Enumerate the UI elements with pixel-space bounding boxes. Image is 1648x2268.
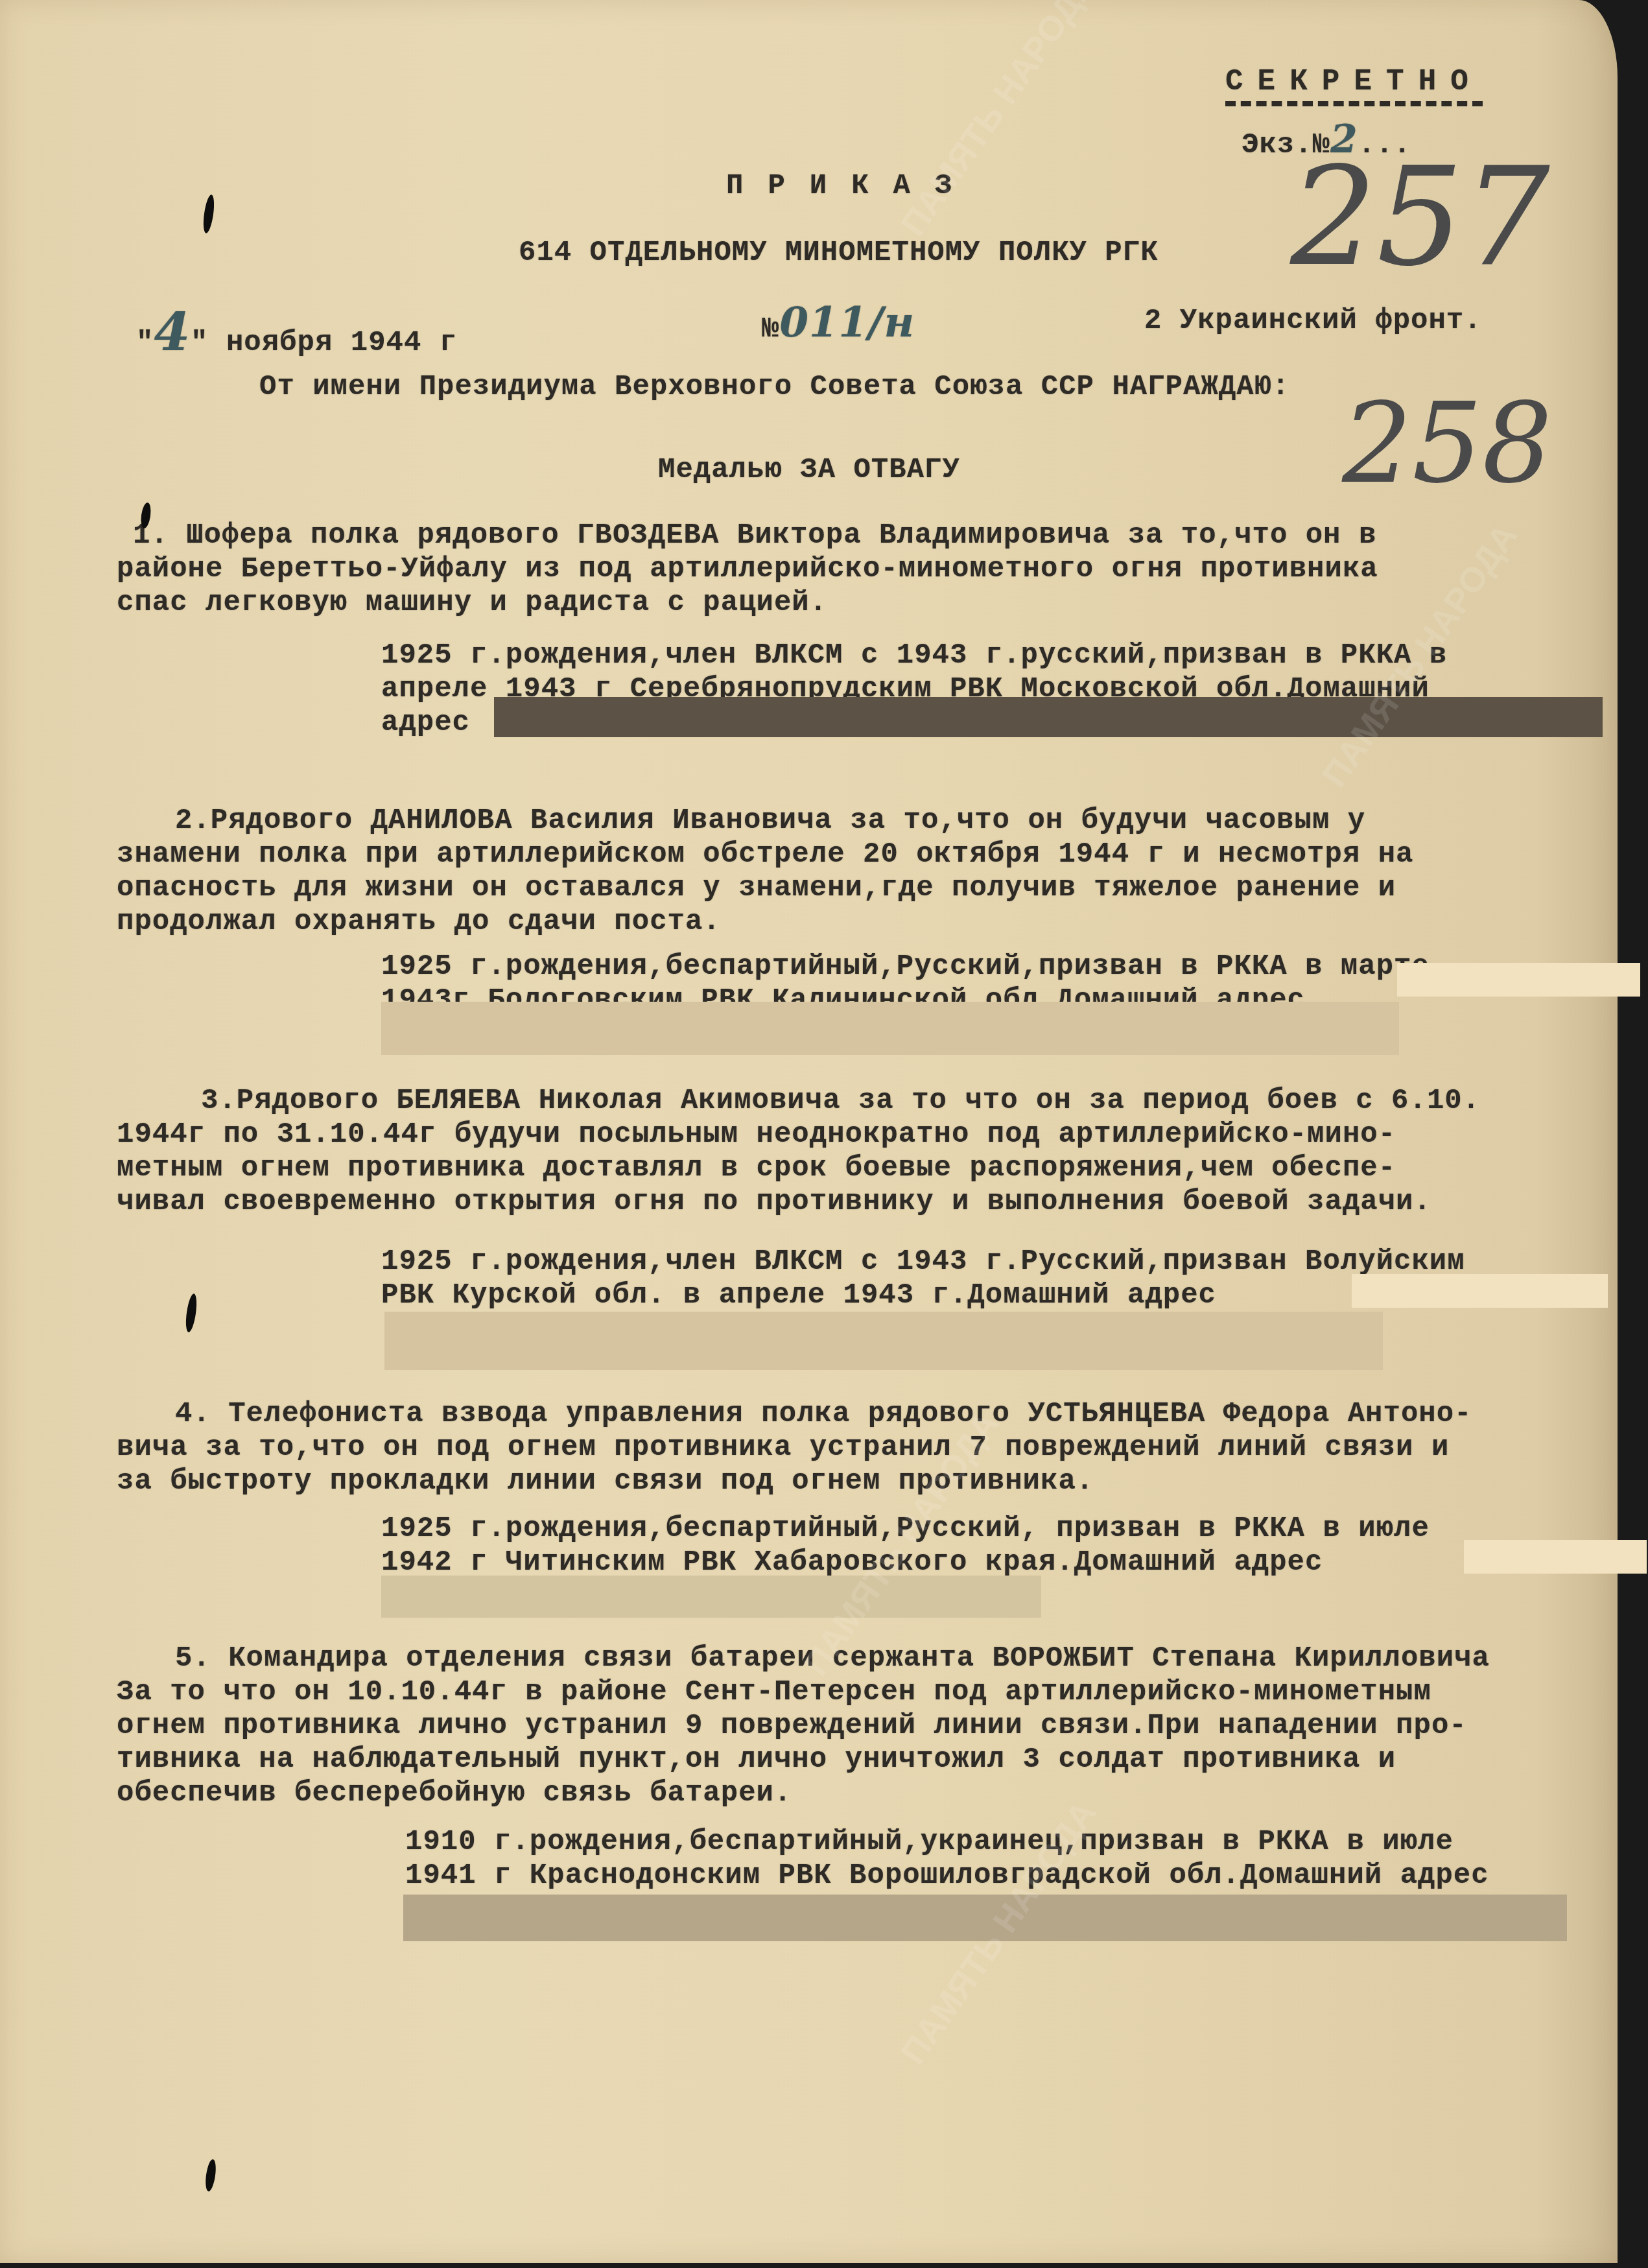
entry-bio-line: 1925 г.рождения,член ВЛКСМ с 1943 г.русс… [381,639,1447,672]
award-title: Медалью ЗА ОТВАГУ [658,454,960,486]
entry-text-line: метным огнем противника доставлял в срок… [117,1152,1396,1185]
redaction-box [381,1576,1041,1618]
punch-hole [184,1293,198,1332]
redaction-box [381,1002,1399,1055]
punch-hole [202,194,216,233]
entry-bio-line: адрес [381,706,470,740]
entry-bio-line: РВК Курской обл. в апреле 1943 г.Домашни… [381,1279,1216,1312]
entry-text-line: спас легковую машину и радиста с рацией. [117,586,827,620]
entry-text-line: опасность для жизни он оставался у знаме… [117,871,1396,905]
entry-text-line: 4. Телефониста взвода управления полка р… [175,1397,1472,1431]
order-date-day: 4 [154,301,191,362]
entry-bio-line: 1942 г Читинским РВК Хабаровского края.Д… [381,1546,1323,1579]
order-date: "4" ноября 1944 г [136,301,457,362]
entry-text-line: 3.Рядового БЕЛЯЕВА Николая Акимовича за … [201,1084,1480,1118]
entry-text-line: районе Береттьо-Уйфалу из под артиллерий… [117,552,1378,586]
entry-text-line: обеспечив бесперебойную связь батареи. [117,1777,792,1810]
redaction-box [1397,963,1640,997]
entry-bio-line: 1925 г.рождения,беспартийный,Русский,при… [381,950,1430,984]
handwritten-number-258: 258 [1342,389,1552,499]
entry-bio-line: 1910 г.рождения,беспартийный,украинец,пр… [405,1825,1454,1859]
entry-text-line: огнем противника лично устранил 9 повреж… [117,1709,1467,1743]
entry-text-line: 1. Шофера полка рядового ГВОЗДЕВА Виктор… [133,519,1376,552]
document-page: СЕКРЕТНО Экз.№2... ПРИКАЗ 614 ОТДЕЛЬНОМУ… [0,0,1618,2263]
punch-hole [204,2158,218,2191]
entry-text-line: тивника на наблюдательный пункт,он лично… [117,1743,1396,1777]
entry-text-line: продолжал охранять до сдачи поста. [117,905,721,939]
entry-text-line: чивал своевременно открытия огня по прот… [117,1185,1431,1219]
redaction-box [1464,1540,1647,1574]
handwritten-number-257: 257 [1290,149,1550,285]
order-number: №011/н [762,298,915,347]
entry-bio-line: 1941 г Краснодонским РВК Ворошиловградск… [405,1859,1489,1893]
order-date-rest: ноября 1944 г [226,327,457,359]
redaction-box [1352,1274,1608,1308]
preamble: От имени Президиума Верховного Совета Со… [259,371,1289,403]
entry-text-line: знамени полка при артиллерийском обстрел… [117,838,1414,871]
watermark: ПАМЯТЬ НАРОДА [893,0,1104,244]
order-number-value: 011/н [779,298,915,347]
unit-name: 614 ОТДЕЛЬНОМУ МИНОМЕТНОМУ ПОЛКУ РГК [519,237,1159,269]
classification-stamp: СЕКРЕТНО [1225,65,1483,106]
entry-bio-line: 1925 г.рождения,член ВЛКСМ с 1943 г.Русс… [381,1245,1465,1279]
entry-text-line: вича за то,что он под огнем противника у… [117,1431,1449,1465]
order-number-label: № [762,313,779,346]
entry-text-line: 1944г по 31.10.44г будучи посыльным неод… [117,1118,1396,1152]
redaction-box [494,697,1603,737]
redaction-box [384,1312,1383,1370]
entry-text-line: За то что он 10.10.44г в районе Сент-Пет… [117,1675,1431,1709]
front-name: 2 Украинский фронт. [1144,305,1482,337]
entry-text-line: 2.Рядового ДАНИЛОВА Василия Ивановича за… [175,804,1365,838]
